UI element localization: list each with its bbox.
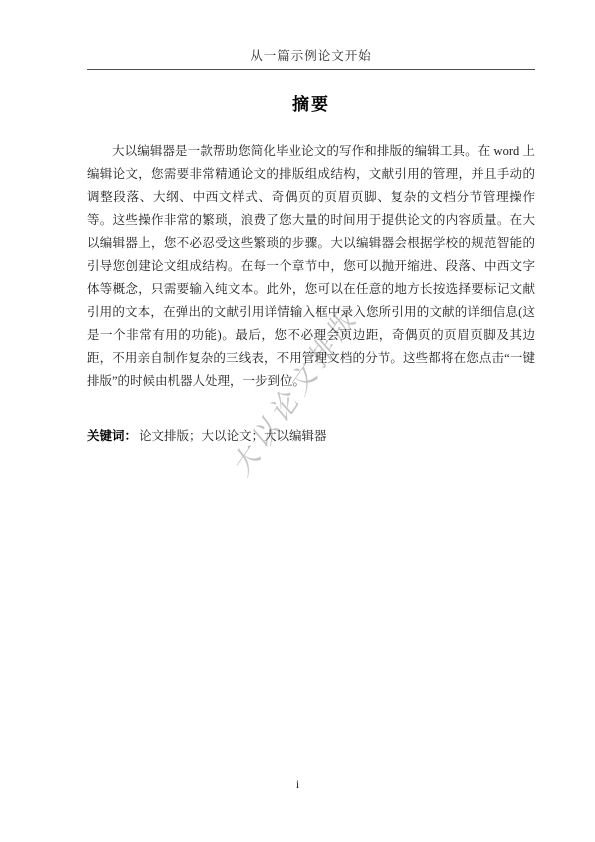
abstract-title: 摘要 [87, 90, 535, 115]
page-content: 从一篇示例论文开始 摘要 大以编辑器是一款帮助您简化毕业论文的写作和排版的编辑工… [87, 0, 535, 448]
page-header: 从一篇示例论文开始 [87, 0, 535, 70]
keywords-text: 论文排版；大以论文；大以编辑器 [137, 429, 327, 443]
abstract-paragraph: 大以编辑器是一款帮助您简化毕业论文的写作和排版的编辑工具。在 word 上编辑论… [87, 140, 535, 393]
keywords-label: 关键词： [87, 429, 137, 443]
document-page: 大以论文排版 从一篇示例论文开始 摘要 大以编辑器是一款帮助您简化毕业论文的写作… [0, 0, 595, 842]
page-footer: i [0, 777, 595, 792]
page-number: i [296, 777, 299, 791]
keywords-line: 关键词：论文排版；大以论文；大以编辑器 [87, 425, 535, 448]
running-header-title: 从一篇示例论文开始 [250, 49, 372, 63]
